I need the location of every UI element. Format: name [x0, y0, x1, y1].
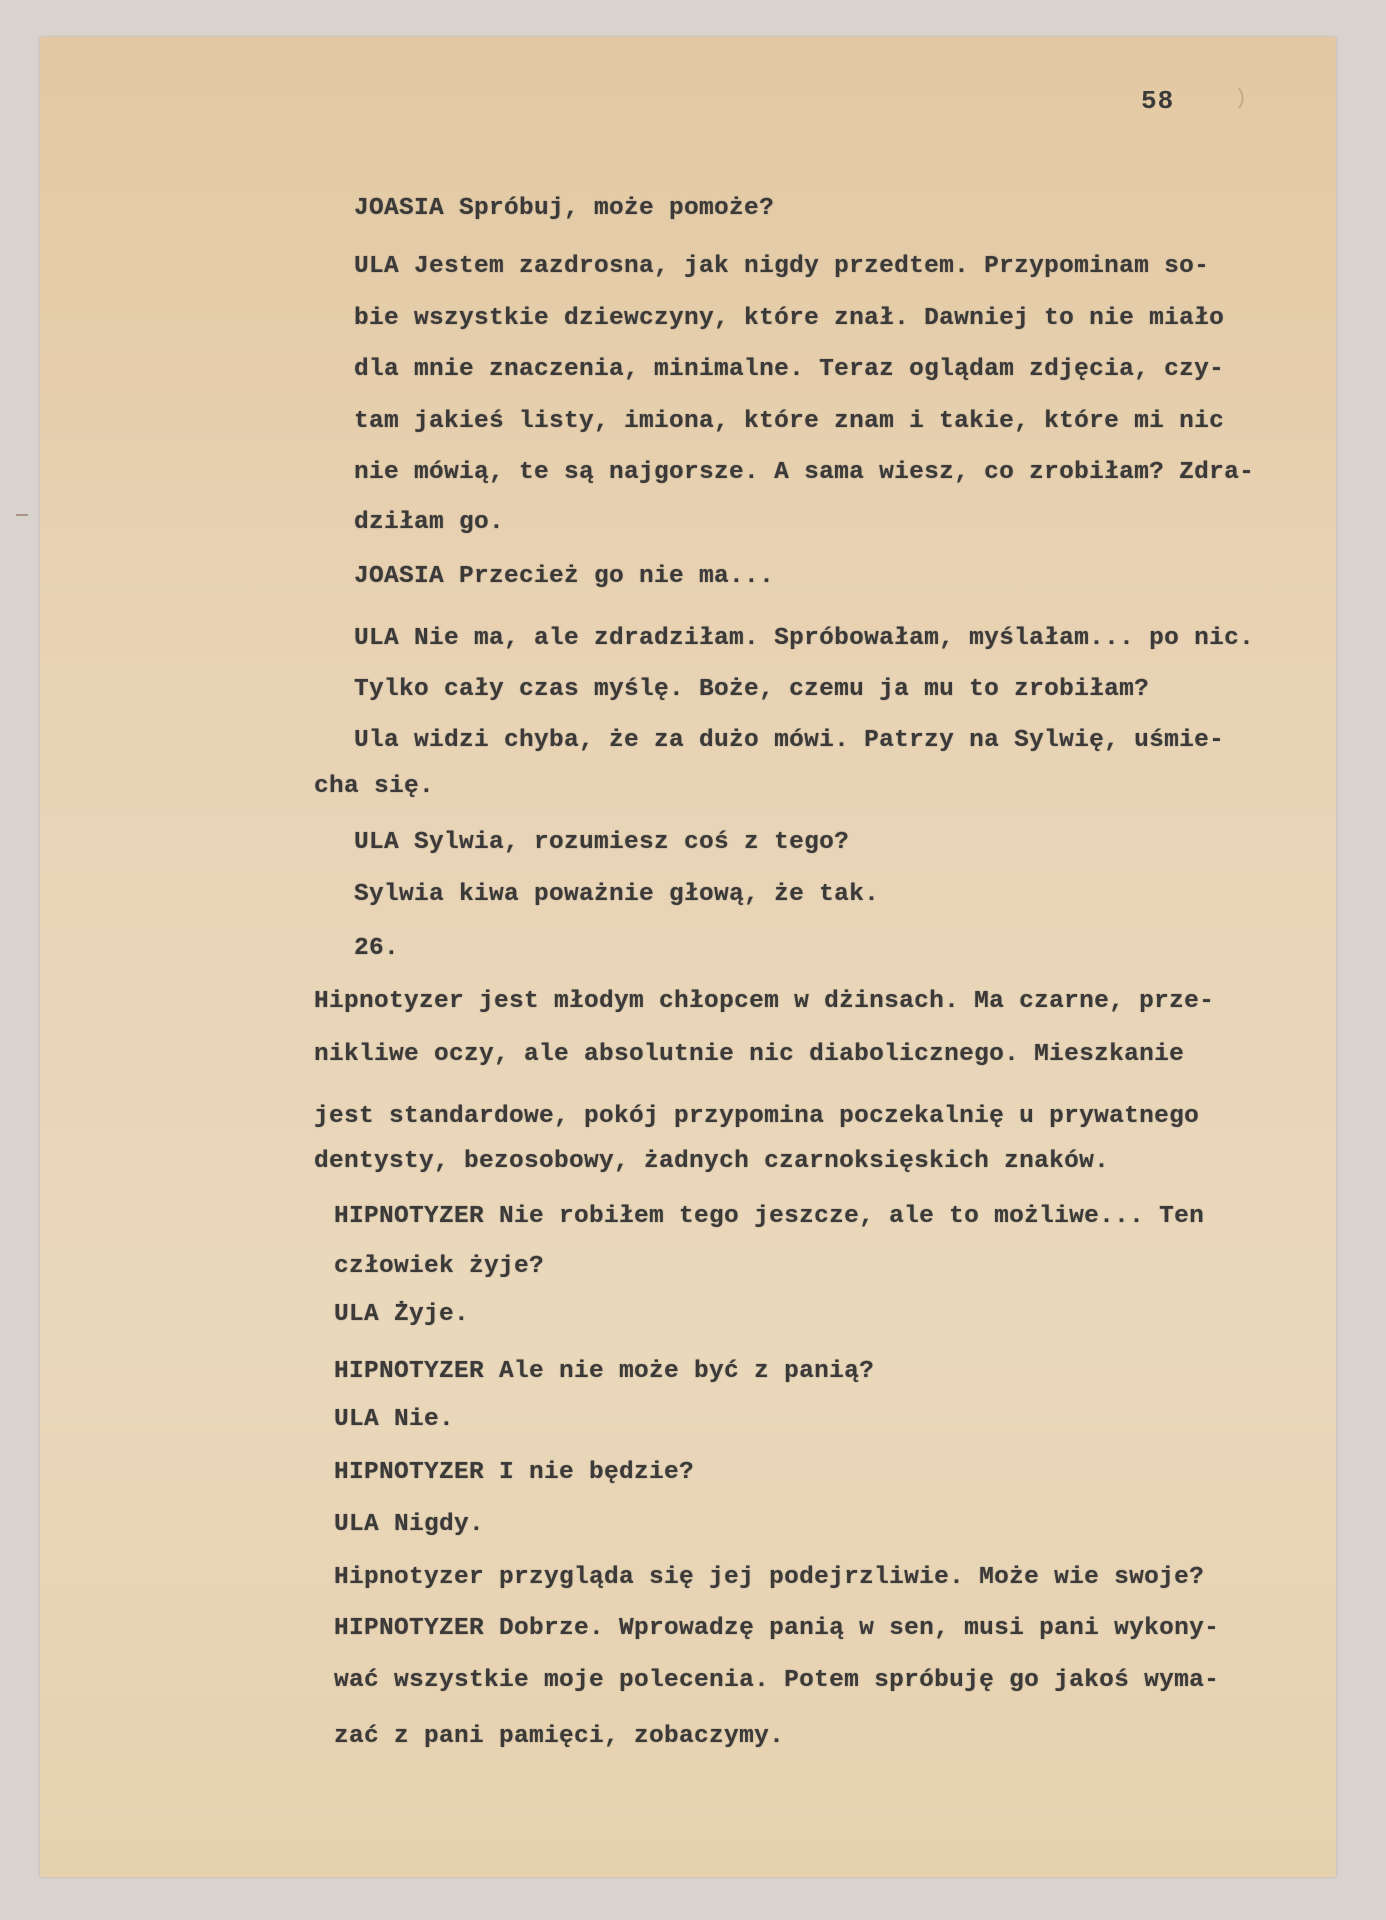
text-line: ULA Żyje.: [334, 1300, 469, 1330]
text-line: Tylko cały czas myślę. Boże, czemu ja mu…: [354, 675, 1149, 705]
text-line: dziłam go.: [354, 508, 504, 538]
text-line: Sylwia kiwa poważnie głową, że tak.: [354, 880, 879, 910]
text-line: 26.: [354, 934, 399, 964]
text-line: JOASIA Przecież go nie ma...: [354, 562, 774, 592]
text-line: bie wszystkie dziewczyny, które znał. Da…: [354, 304, 1224, 334]
text-line: dentysty, bezosobowy, żadnych czarnoksię…: [314, 1147, 1109, 1177]
text-line: JOASIA Spróbuj, może pomoże?: [354, 194, 774, 224]
margin-mark: [16, 514, 28, 516]
text-line: HIPNOTYZER Ale nie może być z panią?: [334, 1357, 874, 1387]
text-line: nie mówią, te są najgorsze. A sama wiesz…: [354, 458, 1254, 488]
text-line: ULA Nigdy.: [334, 1510, 484, 1540]
text-line: HIPNOTYZER Nie robiłem tego jeszcze, ale…: [334, 1202, 1204, 1232]
text-line: dla mnie znaczenia, minimalne. Teraz ogl…: [354, 355, 1224, 385]
text-line: wać wszystkie moje polecenia. Potem spró…: [334, 1666, 1219, 1696]
text-line: cha się.: [314, 772, 434, 802]
text-line: człowiek żyje?: [334, 1252, 544, 1282]
text-line: nikliwe oczy, ale absolutnie nic diaboli…: [314, 1040, 1184, 1070]
text-line: HIPNOTYZER Dobrze. Wprowadzę panią w sen…: [334, 1614, 1219, 1644]
text-line: Hipnotyzer jest młodym chłopcem w dżinsa…: [314, 987, 1214, 1017]
page-number-mark: ): [1234, 86, 1247, 111]
text-line: jest standardowe, pokój przypomina pocze…: [314, 1102, 1199, 1132]
text-line: zać z pani pamięci, zobaczymy.: [334, 1722, 784, 1752]
text-line: ULA Nie.: [334, 1405, 454, 1435]
text-line: Hipnotyzer przygląda się jej podejrzliwi…: [334, 1563, 1204, 1593]
text-line: HIPNOTYZER I nie będzie?: [334, 1458, 694, 1488]
text-line: Ula widzi chyba, że za dużo mówi. Patrzy…: [354, 726, 1224, 756]
text-line: ULA Jestem zazdrosna, jak nigdy przedtem…: [354, 252, 1209, 282]
text-line: ULA Sylwia, rozumiesz coś z tego?: [354, 828, 849, 858]
page-number: 58: [1141, 86, 1174, 116]
text-line: tam jakieś listy, imiona, które znam i t…: [354, 407, 1224, 437]
text-line: ULA Nie ma, ale zdradziłam. Spróbowałam,…: [354, 624, 1254, 654]
